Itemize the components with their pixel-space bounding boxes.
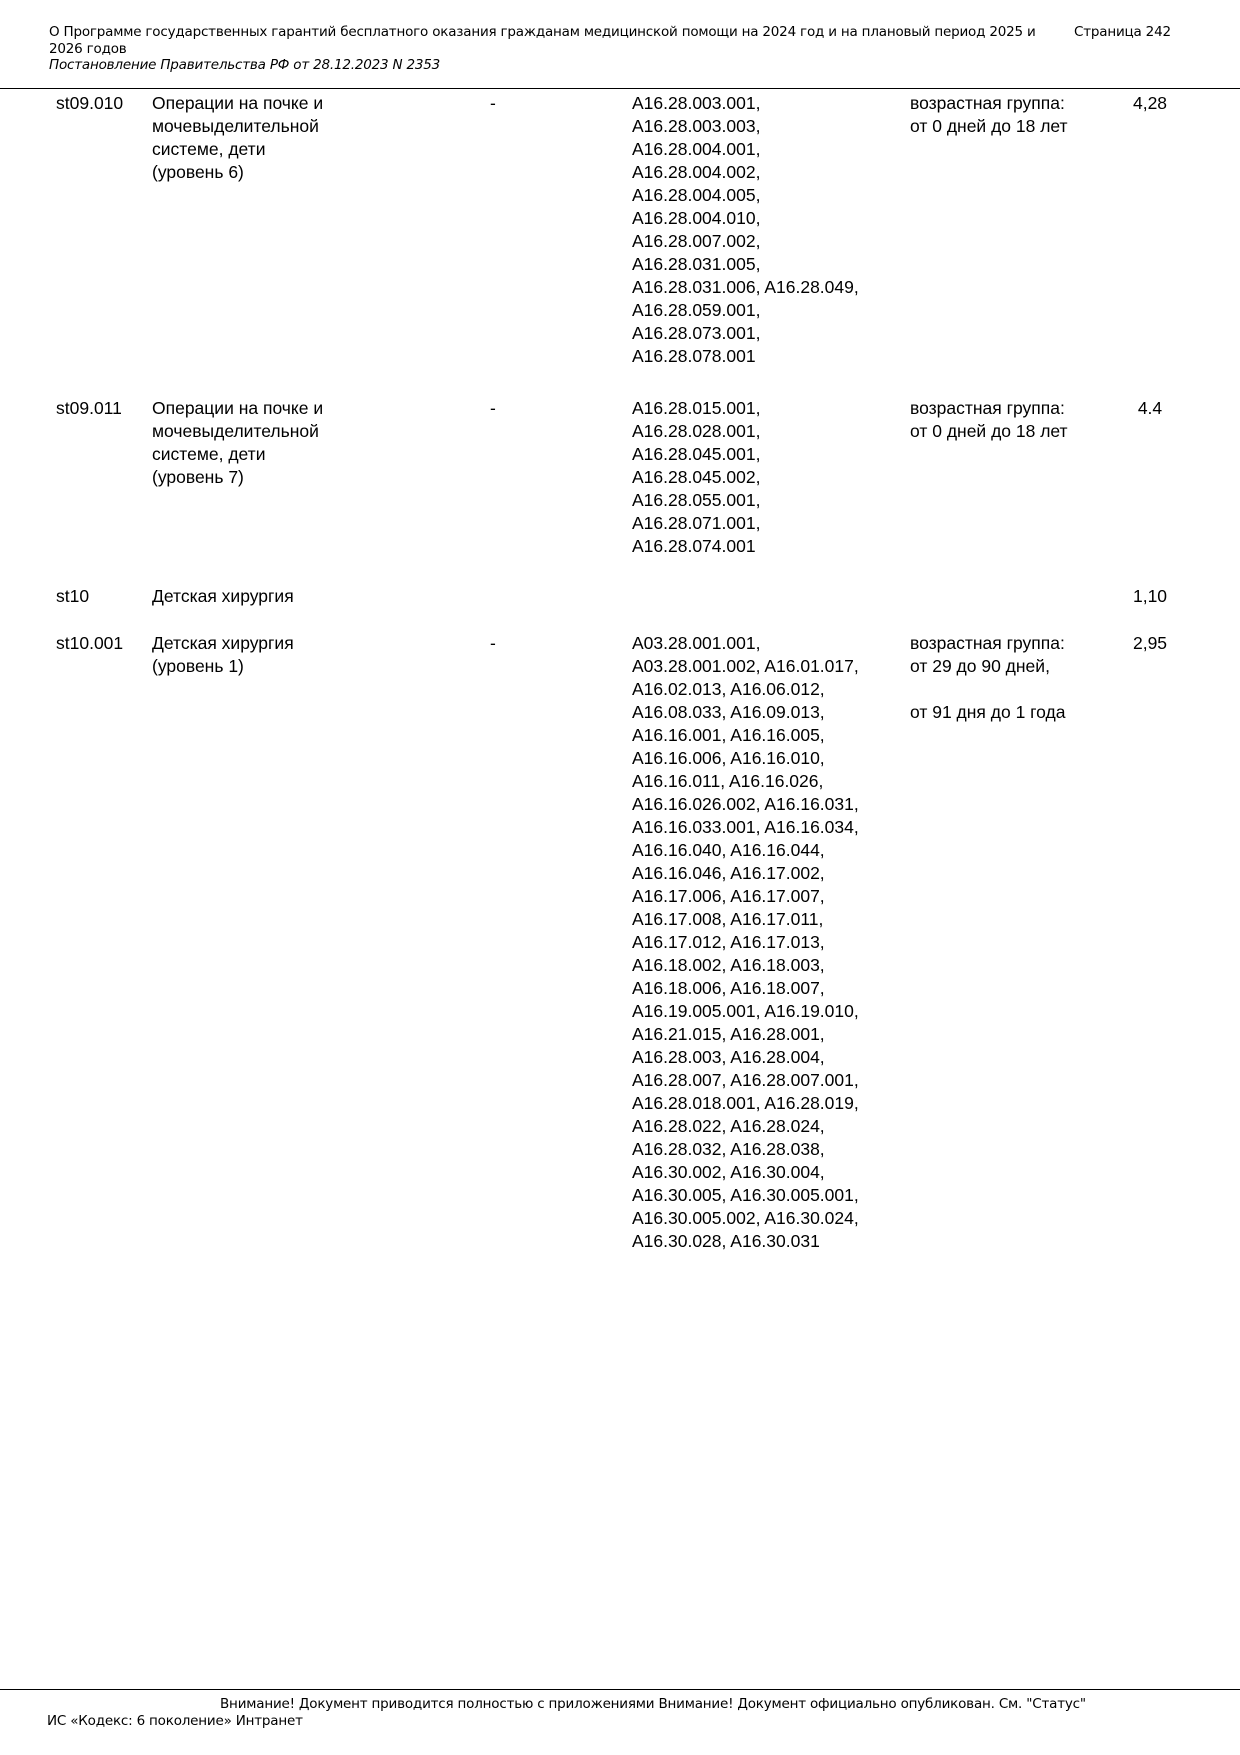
row-operations-line: A16.16.033.001, A16.16.034, bbox=[632, 816, 892, 839]
row-operations-line: A16.28.073.001, bbox=[632, 322, 892, 345]
row-dash: - bbox=[490, 632, 520, 655]
document-header: О Программе государственных гарантий бес… bbox=[49, 24, 1039, 74]
row-operations-line: A16.28.004.010, bbox=[632, 207, 892, 230]
row-operations-line: A16.28.003.003, bbox=[632, 115, 892, 138]
row-operations-line: A16.28.004.002, bbox=[632, 161, 892, 184]
row-operations: A03.28.001.001,A03.28.001.002, A16.01.01… bbox=[632, 632, 892, 1253]
row-name: Операции на почке имочевыделительнойсист… bbox=[152, 92, 472, 184]
row-operations: A16.28.015.001,A16.28.028.001,A16.28.045… bbox=[632, 397, 892, 558]
row-operations-line: A16.21.015, A16.28.001, bbox=[632, 1023, 892, 1046]
footer-source: ИС «Кодекс: 6 поколение» Интранет bbox=[47, 1713, 303, 1730]
row-operations-line: A03.28.001.001, bbox=[632, 632, 892, 655]
row-operations-line: A16.28.032, A16.28.038, bbox=[632, 1138, 892, 1161]
row-operations-line: A16.18.002, A16.18.003, bbox=[632, 954, 892, 977]
row-name: Операции на почке имочевыделительнойсист… bbox=[152, 397, 472, 489]
row-operations-line: A16.28.078.001 bbox=[632, 345, 892, 368]
row-operations-line: A16.02.013, A16.06.012, bbox=[632, 678, 892, 701]
footer-divider bbox=[0, 1689, 1240, 1690]
row-age-group-line: от 29 до 90 дней, bbox=[910, 655, 1110, 678]
row-operations-line: A16.28.015.001, bbox=[632, 397, 892, 420]
row-name-line: (уровень 1) bbox=[152, 655, 472, 678]
row-name-line: мочевыделительной bbox=[152, 420, 472, 443]
row-age-group: возрастная группа:от 0 дней до 18 лет bbox=[910, 92, 1110, 138]
row-coefficient: 4.4 bbox=[1110, 397, 1190, 420]
row-code: st10 bbox=[56, 585, 146, 608]
row-operations-line: A16.17.008, A16.17.011, bbox=[632, 908, 892, 931]
row-age-group-line: от 91 дня до 1 года bbox=[910, 701, 1110, 724]
row-age-group-line: возрастная группа: bbox=[910, 632, 1110, 655]
row-age-group: возрастная группа:от 29 до 90 дней, от 9… bbox=[910, 632, 1110, 724]
row-dash: - bbox=[490, 397, 520, 420]
document-title: О Программе государственных гарантий бес… bbox=[49, 24, 1039, 57]
row-operations-line: A16.28.004.005, bbox=[632, 184, 892, 207]
row-operations-line: A16.28.071.001, bbox=[632, 512, 892, 535]
row-name-line: (уровень 7) bbox=[152, 466, 472, 489]
row-operations-line: A16.28.004.001, bbox=[632, 138, 892, 161]
row-operations-line: A16.28.018.001, A16.28.019, bbox=[632, 1092, 892, 1115]
row-operations-line: A16.16.046, A16.17.002, bbox=[632, 862, 892, 885]
row-dash: - bbox=[490, 92, 520, 115]
row-operations-line: A16.28.045.001, bbox=[632, 443, 892, 466]
row-age-group: возрастная группа:от 0 дней до 18 лет bbox=[910, 397, 1110, 443]
row-operations-line: A16.28.003, A16.28.004, bbox=[632, 1046, 892, 1069]
row-name: Детская хирургия bbox=[152, 585, 472, 608]
footer-notice: Внимание! Документ приводится полностью … bbox=[220, 1696, 1086, 1713]
row-operations-line: A16.28.031.006, A16.28.049, bbox=[632, 276, 892, 299]
page-number: Страница 242 bbox=[1074, 24, 1171, 41]
row-operations-line: A16.16.011, A16.16.026, bbox=[632, 770, 892, 793]
row-name-line: Детская хирургия bbox=[152, 632, 472, 655]
row-name-line: Детская хирургия bbox=[152, 585, 472, 608]
row-age-group-line bbox=[910, 678, 1110, 701]
row-code: st09.010 bbox=[56, 92, 146, 115]
row-name-line: (уровень 6) bbox=[152, 161, 472, 184]
row-operations-line: A16.30.005, A16.30.005.001, bbox=[632, 1184, 892, 1207]
row-operations-line: A16.28.007.002, bbox=[632, 230, 892, 253]
row-operations-line: A16.17.012, A16.17.013, bbox=[632, 931, 892, 954]
row-operations-line: A16.16.026.002, A16.16.031, bbox=[632, 793, 892, 816]
row-coefficient: 2,95 bbox=[1110, 632, 1190, 655]
row-operations-line: A16.28.055.001, bbox=[632, 489, 892, 512]
header-divider bbox=[0, 88, 1240, 89]
row-operations-line: A16.17.006, A16.17.007, bbox=[632, 885, 892, 908]
row-operations-line: A16.30.028, A16.30.031 bbox=[632, 1230, 892, 1253]
row-age-group-line: возрастная группа: bbox=[910, 92, 1110, 115]
row-operations-line: A16.28.045.002, bbox=[632, 466, 892, 489]
document-subtitle: Постановление Правительства РФ от 28.12.… bbox=[49, 57, 1039, 74]
row-age-group-line: возрастная группа: bbox=[910, 397, 1110, 420]
row-operations-line: A16.16.006, A16.16.010, bbox=[632, 747, 892, 770]
row-operations-line: A16.28.031.005, bbox=[632, 253, 892, 276]
row-coefficient: 1,10 bbox=[1110, 585, 1190, 608]
row-name-line: системе, дети bbox=[152, 443, 472, 466]
row-operations-line: A16.30.005.002, A16.30.024, bbox=[632, 1207, 892, 1230]
row-name-line: Операции на почке и bbox=[152, 397, 472, 420]
row-name: Детская хирургия(уровень 1) bbox=[152, 632, 472, 678]
row-operations-line: A16.28.022, A16.28.024, bbox=[632, 1115, 892, 1138]
row-operations-line: A16.28.074.001 bbox=[632, 535, 892, 558]
row-operations-line: A03.28.001.002, A16.01.017, bbox=[632, 655, 892, 678]
row-operations-line: A16.16.001, A16.16.005, bbox=[632, 724, 892, 747]
row-operations-line: A16.28.003.001, bbox=[632, 92, 892, 115]
row-name-line: системе, дети bbox=[152, 138, 472, 161]
row-age-group-line: от 0 дней до 18 лет bbox=[910, 420, 1110, 443]
row-operations-line: A16.16.040, A16.16.044, bbox=[632, 839, 892, 862]
row-age-group-line: от 0 дней до 18 лет bbox=[910, 115, 1110, 138]
row-operations-line: A16.28.007, A16.28.007.001, bbox=[632, 1069, 892, 1092]
row-coefficient: 4,28 bbox=[1110, 92, 1190, 115]
row-operations-line: A16.30.002, A16.30.004, bbox=[632, 1161, 892, 1184]
row-operations-line: A16.28.028.001, bbox=[632, 420, 892, 443]
row-operations-line: A16.19.005.001, A16.19.010, bbox=[632, 1000, 892, 1023]
row-operations: A16.28.003.001,A16.28.003.003,A16.28.004… bbox=[632, 92, 892, 368]
row-operations-line: A16.08.033, A16.09.013, bbox=[632, 701, 892, 724]
row-name-line: мочевыделительной bbox=[152, 115, 472, 138]
row-code: st09.011 bbox=[56, 397, 146, 420]
row-operations-line: A16.18.006, A16.18.007, bbox=[632, 977, 892, 1000]
row-operations-line: A16.28.059.001, bbox=[632, 299, 892, 322]
row-code: st10.001 bbox=[56, 632, 146, 655]
row-name-line: Операции на почке и bbox=[152, 92, 472, 115]
